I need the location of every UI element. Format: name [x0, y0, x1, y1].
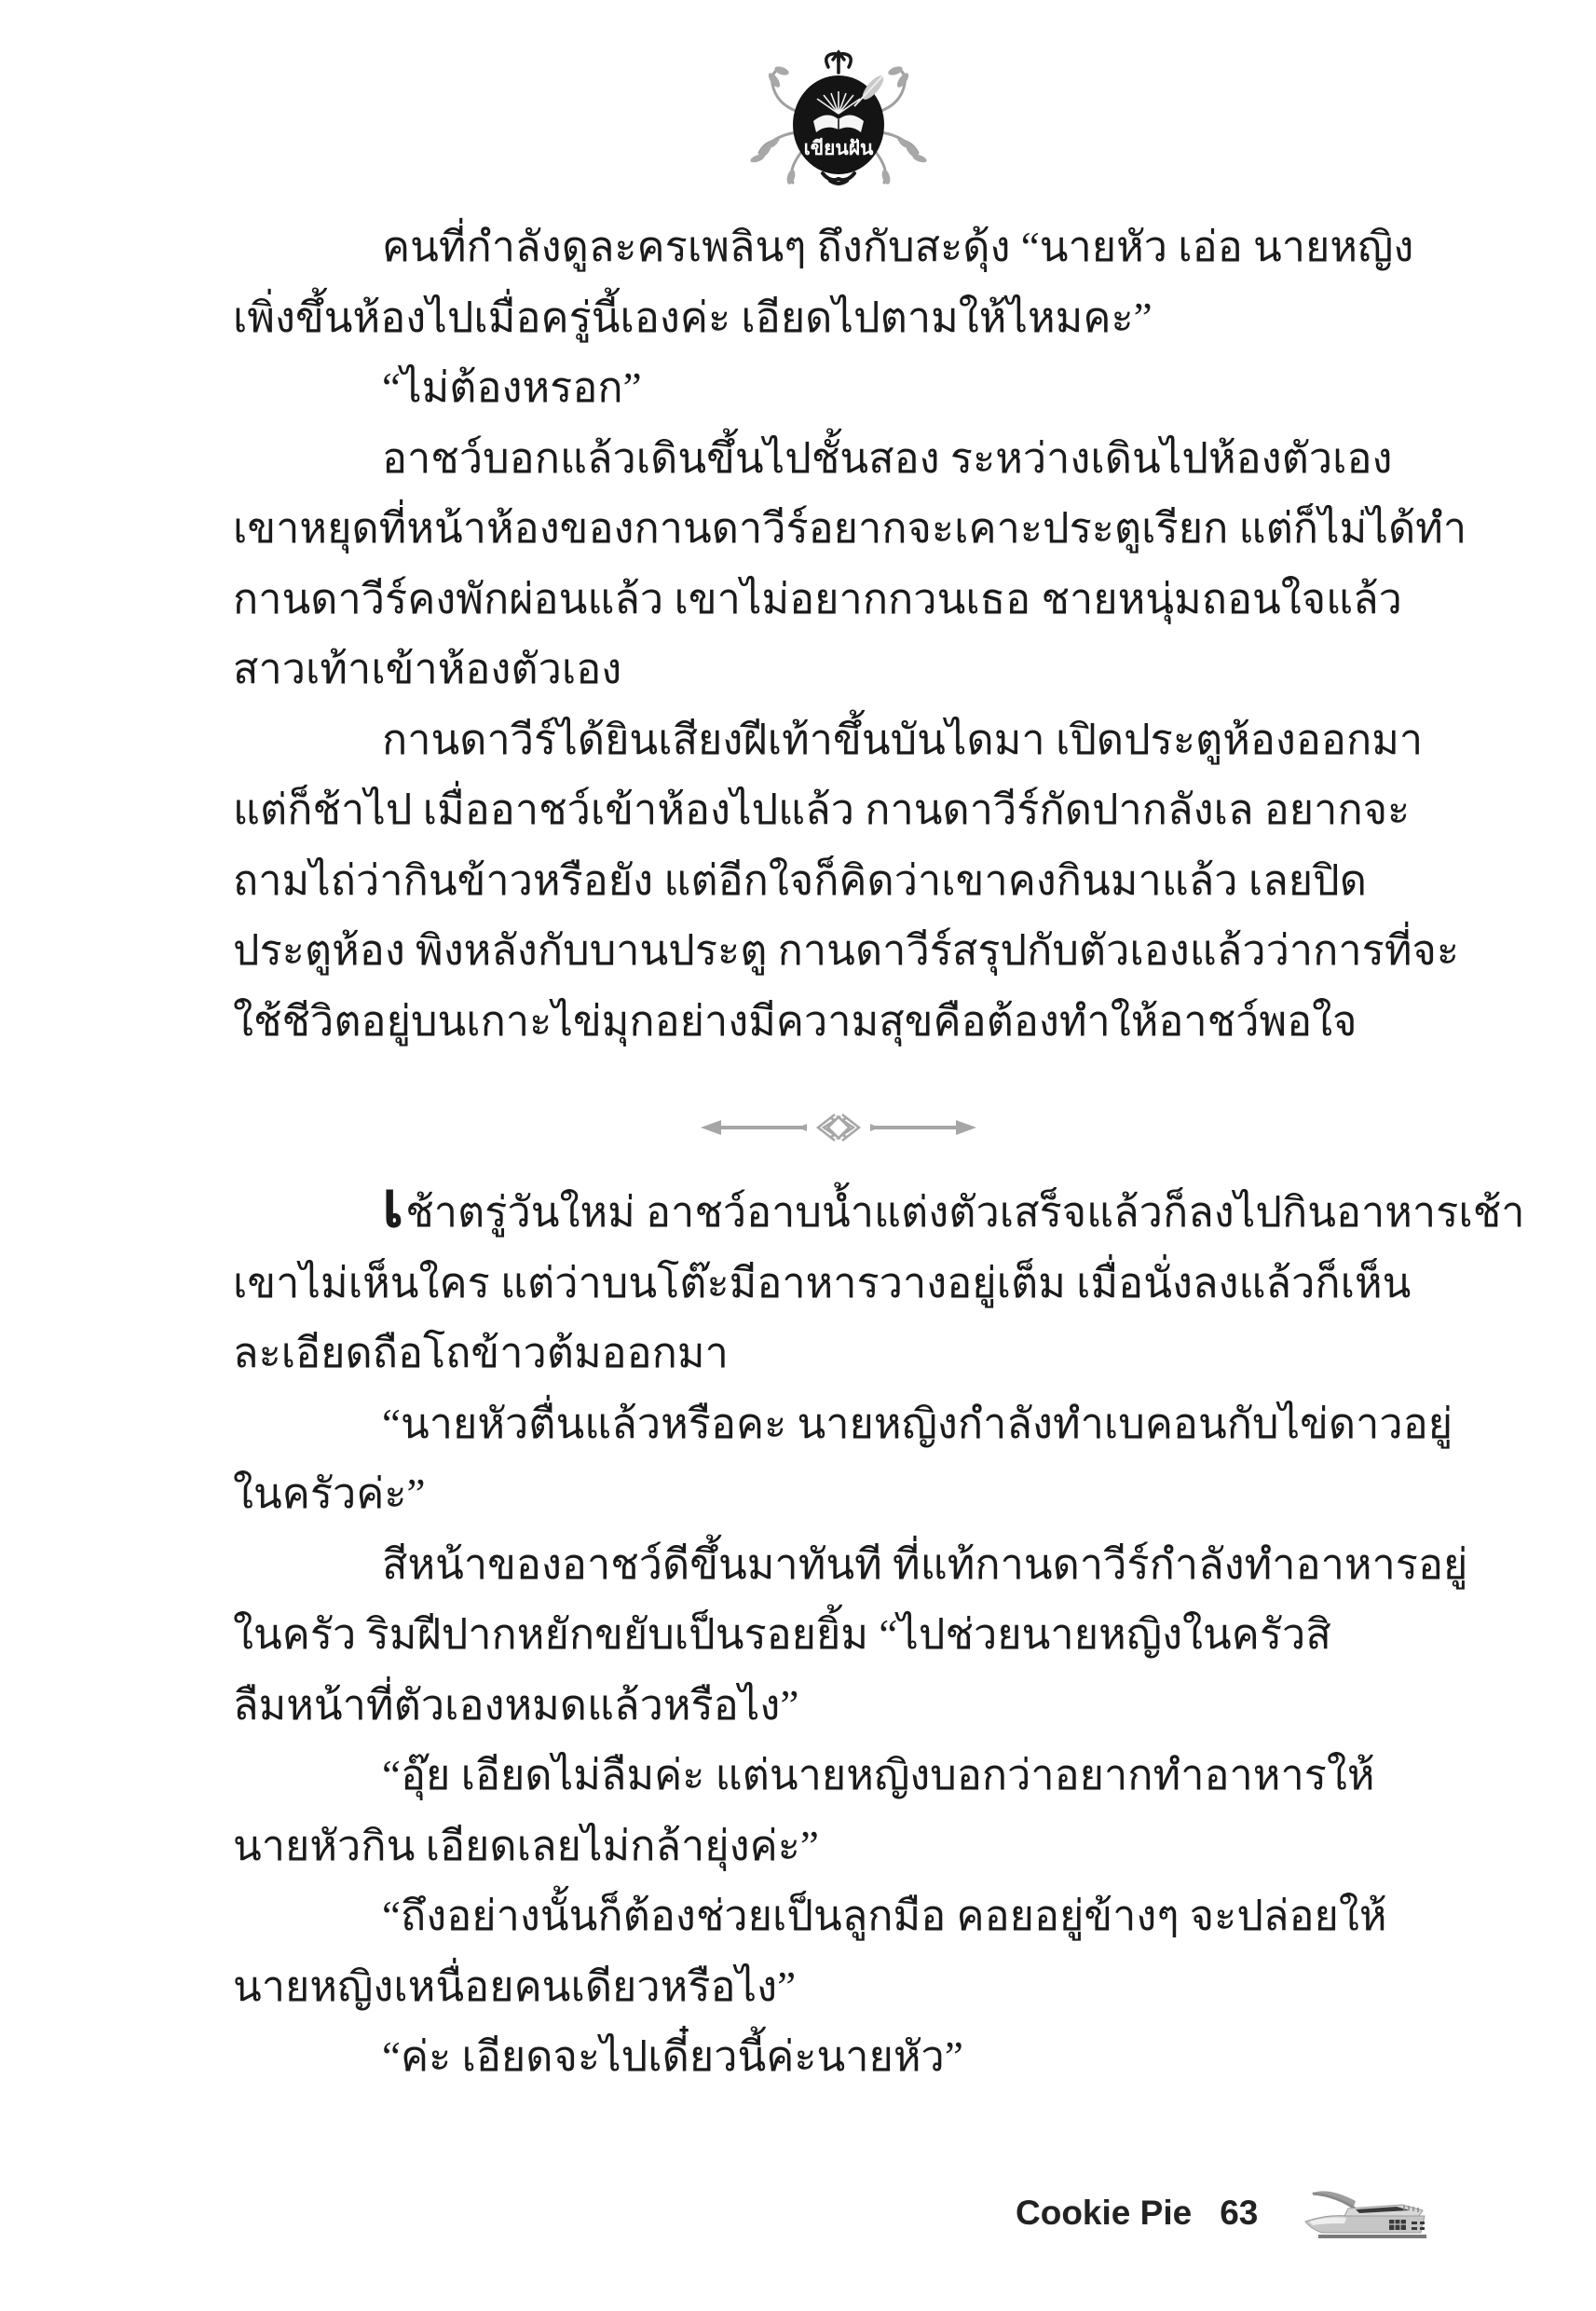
book-title: Cookie Pie — [1016, 2194, 1192, 2233]
text-line: ถามไถ่ว่ากินข้าวหรือยัง แต่อีกใจก็คิดว่า… — [233, 846, 1444, 917]
text-line: กานดาวีร์ได้ยินเสียงฝีเท้าขึ้นบันไดมา เป… — [233, 705, 1444, 776]
text-line: ลืมหน้าที่ตัวเองหมดแล้วหรือไง” — [233, 1671, 1444, 1742]
text-line: ใช้ชีวิตอยู่บนเกาะไข่มุกอย่างมีความสุขคื… — [233, 987, 1444, 1058]
text-line: สีหน้าของอาชว์ดีขึ้นมาทันที ที่แท้กานดาว… — [233, 1530, 1444, 1601]
text-line: ในครัวค่ะ” — [233, 1459, 1444, 1530]
text-line: ช้าตรู่วันใหม่ อาชว์อาบน้ำแต่งตัวเสร็จแล… — [405, 1189, 1524, 1236]
text-line: กานดาวีร์คงพักผ่อนแล้ว เขาไม่อยากกวนเธอ … — [233, 565, 1444, 636]
publisher-logo: เขียนฝัน — [750, 47, 927, 186]
text-line: “นายหัวตื่นแล้วหรือคะ นายหญิงกำลังทำเบคอ… — [233, 1389, 1444, 1460]
scene-divider — [233, 1109, 1444, 1146]
text-line: เพิ่งขึ้นห้องไปเมื่อครู่นี้เองค่ะ เอียดไ… — [233, 283, 1444, 354]
text-line: ประตูห้อง พิงหลังกับบานประตู กานดาวีร์สร… — [233, 916, 1444, 987]
text-line: นายหัวกิน เอียดเลยไม่กล้ายุ่งค่ะ” — [233, 1812, 1444, 1882]
text-block-2: เช้าตรู่วันใหม่ อาชว์อาบน้ำแต่งตัวเสร็จแ… — [233, 1178, 1444, 2093]
yacht-icon — [1300, 2184, 1430, 2242]
page-number: 63 — [1220, 2194, 1258, 2233]
text-line: คนที่กำลังดูละครเพลินๆ ถึงกับสะดุ้ง “นาย… — [233, 212, 1444, 283]
text-line: ในครัว ริมฝีปากหยักขยับเป็นรอยยิ้ม “ไปช่… — [233, 1600, 1444, 1671]
text-block-1: คนที่กำลังดูละครเพลินๆ ถึงกับสะดุ้ง “นาย… — [233, 212, 1444, 1057]
text-line: สาวเท้าเข้าห้องตัวเอง — [233, 635, 1444, 705]
logo-wordmark: เขียนฝัน — [804, 137, 874, 159]
text-line: ละเอียดถือโถข้าวต้มออกมา — [233, 1319, 1444, 1389]
text-line: “ถึงอย่างนั้นก็ต้องช่วยเป็นลูกมือ คอยอยู… — [233, 1881, 1444, 1952]
page-footer: Cookie Pie 63 — [1016, 2181, 1430, 2246]
arrow-divider-icon — [699, 1111, 978, 1144]
text-line-dropcap: เช้าตรู่วันใหม่ อาชว์อาบน้ำแต่งตัวเสร็จแ… — [233, 1178, 1444, 1249]
text-line: อาชว์บอกแล้วเดินขึ้นไปชั้นสอง ระหว่างเดิ… — [233, 424, 1444, 495]
text-line: “ค่ะ เอียดจะไปเดี๋ยวนี้ค่ะนายหัว” — [233, 2022, 1444, 2093]
text-line: นายหญิงเหนื่อยคนเดียวหรือไง” — [233, 1952, 1444, 2023]
flourish-left-leaves — [750, 65, 797, 185]
text-line: เขาหยุดที่หน้าห้องของกานดาวีร์อยากจะเคาะ… — [233, 494, 1444, 565]
book-page: เขียนฝัน คนที่กำลังดูละครเพลินๆ ถึงกับสะ… — [0, 0, 1596, 2311]
text-line: “ไม่ต้องหรอก” — [233, 353, 1444, 424]
text-line: เขาไม่เห็นใคร แต่ว่าบนโต๊ะมีอาหารวางอยู่… — [233, 1249, 1444, 1320]
text-line: แต่ก็ช้าไป เมื่ออาชว์เข้าห้องไปแล้ว กานด… — [233, 775, 1444, 846]
text-line: “อุ๊ย เอียดไม่ลืมค่ะ แต่นายหญิงบอกว่าอยา… — [233, 1741, 1444, 1812]
bottom-ornament — [823, 173, 854, 184]
drop-cap: เ — [382, 1169, 405, 1240]
crown-ornament — [826, 52, 852, 73]
